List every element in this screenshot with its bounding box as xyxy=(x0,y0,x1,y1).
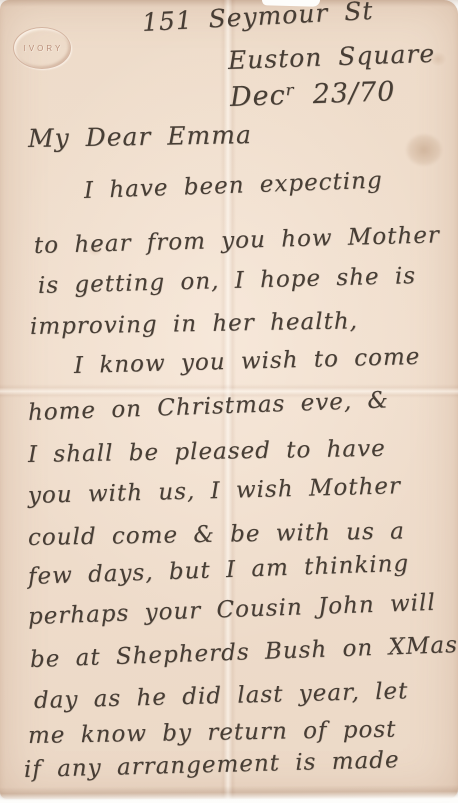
date-line: Decʳ 23/70 xyxy=(229,76,395,113)
ink-stain xyxy=(406,134,442,166)
salutation: My Dear Emma xyxy=(28,120,252,153)
stamp-text: IVORY xyxy=(21,44,64,53)
bottom-paper-edge xyxy=(0,785,458,803)
scanned-letter-page: IVORY 151 Seymour St Euston Square Decʳ … xyxy=(0,0,458,803)
embossed-ivory-stamp: IVORY xyxy=(13,27,71,69)
